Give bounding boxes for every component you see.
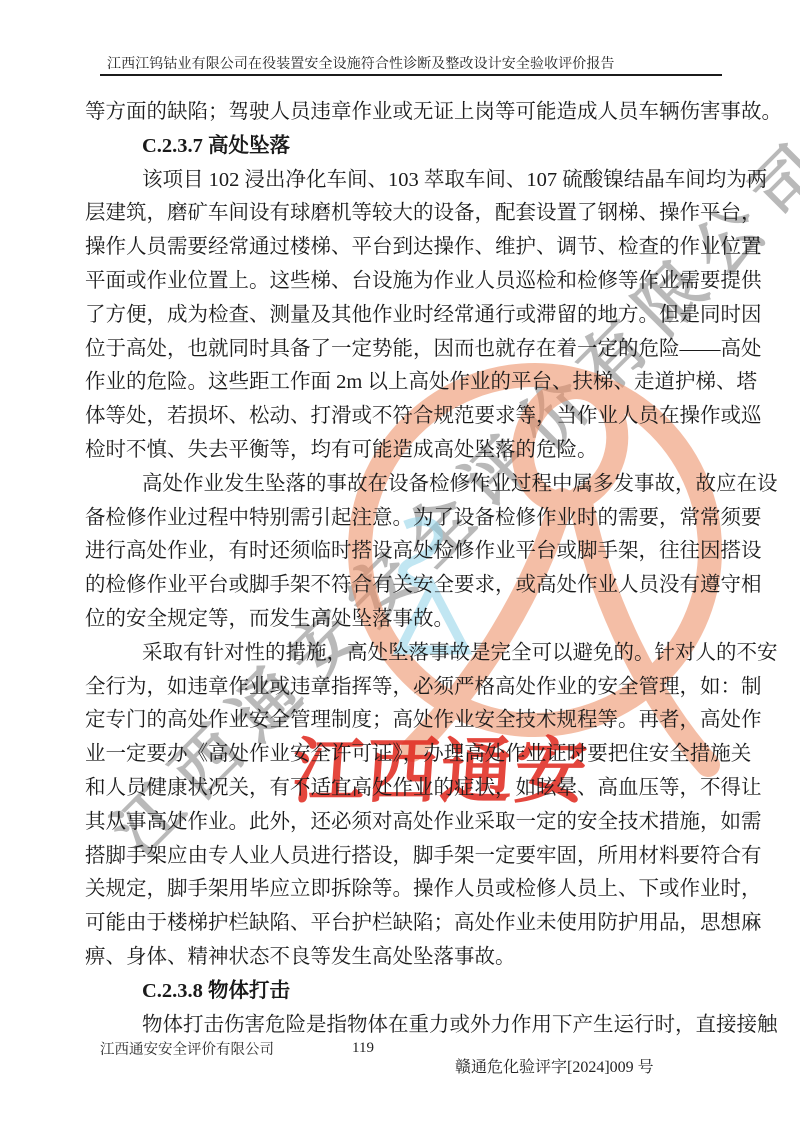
text-line: 高处作业发生坠落的事故在设备检修作业过程中属多发事故，故应在设	[85, 468, 730, 502]
text-line: 该项目 102 浸出净化车间、103 萃取车间、107 硫酸镍结晶车间均为两	[85, 164, 730, 198]
text-line: 业一定要办《高处作业安全许可证》，办理高处作业证时要把住安全措施关	[85, 738, 730, 772]
text-line: 其从事高处作业。此外，还必须对高处作业采取一定的安全技术措施，如需	[85, 806, 730, 840]
text-line: 等方面的缺陷；驾驶人员违章作业或无证上岗等可能造成人员车辆伤害事故。	[85, 96, 730, 130]
footer-document-number: 赣通危化验评字[2024]009 号	[455, 1054, 654, 1077]
text-line: 定专门的高处作业安全管理制度；高处作业安全技术规程等。再者，高处作	[85, 704, 730, 738]
text-line: 痹、身体、精神状态不良等发生高处坠落事故。	[85, 941, 730, 975]
text-line: 进行高处作业，有时还须临时搭设高处检修作业平台或脚手架，往往因搭设	[85, 535, 730, 569]
section-heading: C.2.3.7 高处坠落	[85, 130, 730, 164]
text-line: 位的安全规定等，而发生高处坠落事故。	[85, 603, 730, 637]
document-page: 江西通安安全评价有限公司 江西通安 江西江钨钴业有限公司在役装置安全设施符合性诊…	[0, 0, 800, 1131]
text-line: 搭脚手架应由专人业人员进行搭设，脚手架一定要牢固，所用材料要符合有	[85, 840, 730, 874]
text-line: 操作人员需要经常通过楼梯、平台到达操作、维护、调节、检查的作业位置	[85, 231, 730, 265]
report-title: 江西江钨钴业有限公司在役装置安全设施符合性诊断及整改设计安全验收评价报告	[107, 53, 615, 73]
text-line: 体等处，若损坏、松动、打滑或不符合规范要求等，当作业人员在操作或巡	[85, 400, 730, 434]
text-line: 备检修作业过程中特别需引起注意。为了设备检修作业时的需要，常常须要	[85, 502, 730, 536]
text-line: 的检修作业平台或脚手架不符合有关安全要求，或高处作业人员没有遵守相	[85, 569, 730, 603]
document-body: 等方面的缺陷；驾驶人员违章作业或无证上岗等可能造成人员车辆伤害事故。C.2.3.…	[85, 96, 730, 1042]
text-line: 可能由于楼梯护栏缺陷、平台护栏缺陷；高处作业未使用防护用品，思想麻	[85, 907, 730, 941]
text-line: 和人员健康状况关，有不适宜高处作业的症状，如眩晕、高血压等，不得让	[85, 772, 730, 806]
text-line: 作业的危险。这些距工作面 2m 以上高处作业的平台、扶梯、走道护梯、塔	[85, 366, 730, 400]
text-line: 关规定，脚手架用毕应立即拆除等。操作人员或检修人员上、下或作业时，	[85, 873, 730, 907]
footer-page-number: 119	[352, 1040, 374, 1057]
text-line: 了方便，成为检查、测量及其他作业时经常通行或滞留的地方。但是同时因	[85, 299, 730, 333]
header-rule	[100, 74, 722, 76]
section-heading: C.2.3.8 物体打击	[85, 975, 730, 1009]
footer-company-name: 江西通安安全评价有限公司	[100, 1038, 274, 1059]
text-line: 采取有针对性的措施，高处坠落事故是完全可以避免的。针对人的不安	[85, 637, 730, 671]
text-line: 位于高处，也就同时具备了一定势能，因而也就存在着一定的危险——高处	[85, 333, 730, 367]
text-line: 检时不慎、失去平衡等，均有可能造成高处坠落的危险。	[85, 434, 730, 468]
text-line: 平面或作业位置上。这些梯、台设施为作业人员巡检和检修等作业需要提供	[85, 265, 730, 299]
text-line: 层建筑，磨矿车间设有球磨机等较大的设备，配套设置了钢梯、操作平台，	[85, 197, 730, 231]
text-line: 全行为，如违章作业或违章指挥等，必须严格高处作业的安全管理，如：制	[85, 671, 730, 705]
